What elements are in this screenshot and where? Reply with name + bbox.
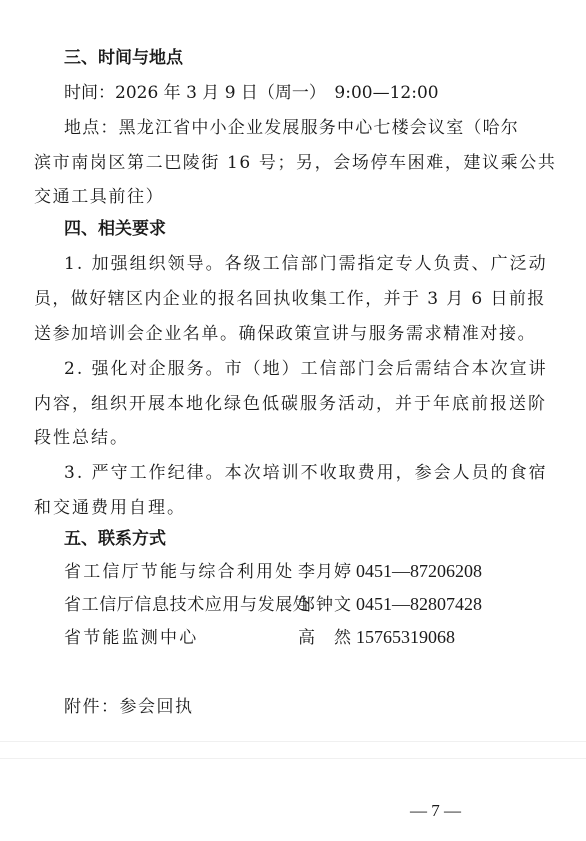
requirement-2-line-3: 段性总结。 — [34, 427, 129, 449]
section-4-heading: 四、相关要求 — [64, 218, 166, 240]
contact-name: 李月婷 — [298, 561, 352, 583]
meeting-location-line-1: 地点：黑龙江省中小企业发展服务中心七楼会议室（哈尔 — [64, 117, 519, 139]
attachment-note: 附件：参会回执 — [64, 696, 194, 718]
scan-artifact-line — [0, 741, 586, 742]
requirement-3-line-1: 3. 严守工作纪律。本次培训不收取费用，参会人员的食宿 — [64, 462, 548, 484]
contact-name: 邹钟文 — [298, 594, 352, 616]
requirement-2-line-2: 内容，组织开展本地化绿色低碳服务活动，并于年底前报送阶 — [34, 393, 547, 415]
contact-org: 省工信厅节能与综合利用处 — [64, 561, 294, 583]
scan-artifact-line — [0, 758, 586, 759]
section-3-heading: 三、时间与地点 — [64, 47, 183, 69]
contact-phone: 0451—82807428 — [356, 593, 482, 615]
contact-org: 省工信厅信息技术应用与发展处 — [64, 594, 310, 616]
meeting-location-line-3: 交通工具前往） — [34, 186, 164, 208]
contact-phone: 0451—87206208 — [356, 560, 482, 582]
contact-phone: 15765319068 — [356, 626, 455, 648]
requirement-1-line-2: 员，做好辖区内企业的报名回执收集工作，并于 3 月 6 日前报 — [34, 288, 546, 310]
requirement-3-line-2: 和交通费用自理。 — [34, 497, 186, 519]
contact-name: 高 然 — [298, 627, 352, 649]
meeting-location-line-2: 滨市南岗区第二巴陵街 16 号；另，会场停车困难，建议乘公共 — [34, 152, 556, 174]
contact-org: 省节能监测中心 — [64, 627, 198, 649]
meeting-time: 时间：2026 年 3 月 9 日（周一） 9:00—12:00 — [64, 82, 439, 104]
requirement-1-line-3: 送参加培训会企业名单。确保政策宣讲与服务需求精准对接。 — [34, 323, 536, 345]
section-5-heading: 五、联系方式 — [64, 528, 166, 550]
requirement-1-line-1: 1. 加强组织领导。各级工信部门需指定专人负责、广泛动 — [64, 253, 548, 275]
page-number: — 7 — — [410, 800, 461, 822]
requirement-2-line-1: 2. 强化对企服务。市（地）工信部门会后需结合本次宣讲 — [64, 358, 548, 380]
